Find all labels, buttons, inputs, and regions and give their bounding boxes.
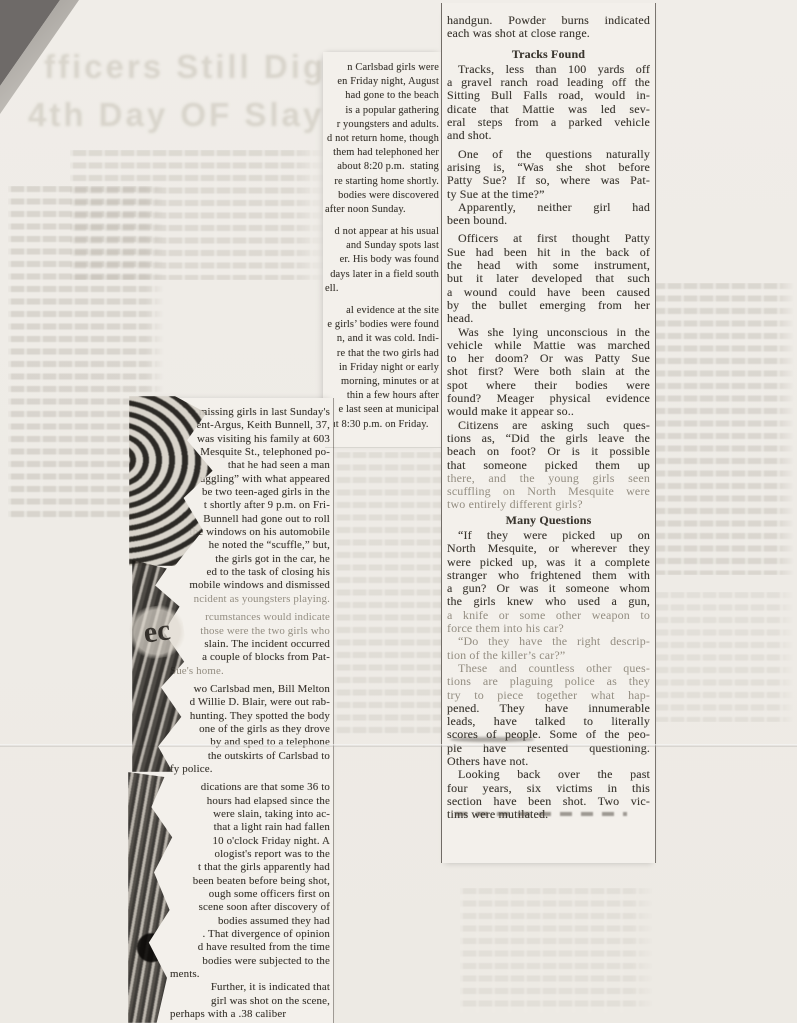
- text-line: by the bullet emerging from her: [447, 299, 650, 312]
- text-line: them had telephoned her: [325, 146, 439, 160]
- paragraph-gap: [447, 41, 650, 46]
- text-line: Sue had been hit in the back of: [447, 246, 650, 259]
- text-line: Others have not.: [447, 755, 650, 768]
- text-line: en Friday night, August: [325, 75, 439, 89]
- ghost-headline-line1: fficers Still Dig: [44, 48, 326, 86]
- middle-column-text: n Carlsbad girls wereen Friday night, Au…: [325, 61, 439, 432]
- text-line: Apparently, neither girl had: [447, 201, 650, 214]
- text-line: bodies assumed they had: [170, 915, 330, 928]
- ghost-headline-line2: 4th Day OF Slayi: [28, 96, 336, 134]
- text-line: that someone picked them up: [447, 459, 650, 472]
- text-line: Citizens are asking such ques-: [447, 419, 650, 432]
- clipping-middle-column: n Carlsbad girls wereen Friday night, Au…: [323, 52, 442, 448]
- text-line: re starting home shortly.: [325, 175, 439, 189]
- text-line: Looking back over the past: [447, 768, 650, 781]
- tear-edge: [325, 447, 441, 448]
- text-line: e last seen at municipal: [325, 403, 439, 417]
- text-line: bodies were discovered: [325, 189, 439, 203]
- text-line: leads, have talked to literally: [447, 715, 650, 728]
- text-line: been bound.: [447, 214, 650, 227]
- text-line: n Carlsbad girls were: [325, 61, 439, 75]
- text-line: Officers at first thought Patty: [447, 232, 650, 245]
- text-line: by and sped to a telephone: [170, 736, 330, 749]
- text-line: t that the girls apparently had: [170, 861, 330, 874]
- left-column-text: missing girls in last Sunday'sent-Argus,…: [170, 406, 330, 1021]
- text-line: a gun? Or was it someone whom: [447, 582, 650, 595]
- text-line: section have been shot. Two vic-: [447, 795, 650, 808]
- text-line: a knife or some other weapon to: [447, 609, 650, 622]
- paragraph-gap: [325, 296, 439, 304]
- text-line: al evidence at the site: [325, 304, 439, 318]
- fold-crease: [0, 744, 797, 747]
- text-line: scuffling on North Mesquite were: [447, 485, 650, 498]
- text-line: Many Questions: [447, 514, 650, 527]
- text-line: fy police.: [170, 763, 330, 776]
- paragraph-gap: [325, 217, 439, 225]
- clipping-right-column: handgun. Powder burns indicatedeach was …: [441, 3, 656, 863]
- text-line: ough some officers first on: [170, 888, 330, 901]
- text-line: e girls’ bodies were found: [325, 318, 439, 332]
- text-line: t shortly after 9 p.m. on Fri-: [170, 499, 330, 512]
- text-line: there, and the young girls seen: [447, 472, 650, 485]
- text-line: “If they were picked up on: [447, 529, 650, 542]
- text-line: beach on foot? Or is it possible: [447, 445, 650, 458]
- text-line: one of the girls as they drove: [170, 723, 330, 736]
- text-line: ncident as youngsters playing.: [170, 593, 330, 606]
- text-line: those were the two girls who: [170, 625, 330, 638]
- text-line: Sue's home.: [170, 665, 330, 678]
- text-line: Was she lying unconscious in the: [447, 326, 650, 339]
- text-line: pened. They have innumerable: [447, 702, 650, 715]
- text-line: out 8:30 p.m. on Friday.: [325, 418, 439, 432]
- text-line: n, and it was cold. Indi-: [325, 332, 439, 346]
- text-line: arising is, “Was she shot before: [447, 161, 650, 174]
- text-line: d not return home, though: [325, 132, 439, 146]
- text-line: thin a few hours after: [325, 389, 439, 403]
- text-line: were picked up, was it a complete: [447, 556, 650, 569]
- text-line: d Willie D. Blair, were out rab-: [170, 696, 330, 709]
- text-line: Sitting Bull Falls road, would in-: [447, 89, 650, 102]
- text-line: force them into his car?: [447, 622, 650, 635]
- text-line: bodies were subjected to the: [170, 955, 330, 968]
- text-line: Patty Sue? If so, where was Pat-: [447, 174, 650, 187]
- text-line: that a light rain had fallen: [170, 821, 330, 834]
- text-line: Further, it is indicated that: [170, 981, 330, 994]
- text-line: hours had elapsed since the: [170, 795, 330, 808]
- text-line: the girls knew who used a gun,: [447, 595, 650, 608]
- text-line: spot where their bodies were: [447, 379, 650, 392]
- text-line: stranger who frightened them with: [447, 569, 650, 582]
- text-line: two entirely different girls?: [447, 498, 650, 511]
- text-line: North Mesquite, or wherever they: [447, 542, 650, 555]
- text-line: d not appear at his usual: [325, 225, 439, 239]
- text-line: and Sunday spots last: [325, 239, 439, 253]
- ghost-text-block: [649, 283, 795, 575]
- ghost-text-block: [460, 888, 655, 1013]
- text-line: Tracks, less than 100 yards off: [447, 63, 650, 76]
- text-line: about 8:20 p.m. stating: [325, 160, 439, 174]
- text-line: hunting. They spotted the body: [170, 710, 330, 723]
- text-line: the outskirts of Carlsbad to: [170, 750, 330, 763]
- text-line: wo Carlsbad men, Bill Melton: [170, 683, 330, 696]
- text-line: tions are plaguing police as they: [447, 675, 650, 688]
- text-line: in Friday night or early: [325, 361, 439, 375]
- text-line: eral steps from a parked vehicle: [447, 116, 650, 129]
- text-line: days later in a field south: [325, 268, 439, 282]
- text-line: been beaten before being shot,: [170, 875, 330, 888]
- text-line: the head with some instrument,: [447, 259, 650, 272]
- text-line: a wound could have been caused: [447, 286, 650, 299]
- text-line: One of the questions naturally: [447, 148, 650, 161]
- text-line: dicate that Mattie was led sev-: [447, 103, 650, 116]
- text-line: after noon Sunday.: [325, 203, 439, 217]
- text-line: each was shot at close range.: [447, 27, 650, 40]
- text-line: was visiting his family at 603: [170, 433, 330, 446]
- text-line: a gravel ranch road leading off the: [447, 76, 650, 89]
- text-line: handgun. Powder burns indicated: [447, 14, 650, 27]
- right-column-text: handgun. Powder burns indicatedeach was …: [447, 14, 650, 822]
- text-line: 10 o'clock Friday night. A: [170, 835, 330, 848]
- text-line: ell.: [325, 282, 439, 296]
- text-line: Tracks Found: [447, 48, 650, 61]
- text-line: ologist's report was to the: [170, 848, 330, 861]
- text-line: ed to the task of closing his: [170, 566, 330, 579]
- text-line: head.: [447, 312, 650, 325]
- text-line: . That divergence of opinion: [170, 928, 330, 941]
- text-line: morning, minutes or at: [325, 375, 439, 389]
- text-line: mobile windows and dismissed: [170, 579, 330, 592]
- ink-smear: [455, 812, 627, 816]
- text-line: tion of the killer’s car?”: [447, 649, 650, 662]
- text-line: but it later developed that such: [447, 272, 650, 285]
- text-line: and shot.: [447, 129, 650, 142]
- text-line: to her doom? Or was Patty Sue: [447, 352, 650, 365]
- text-line: These and countless other ques-: [447, 662, 650, 675]
- text-line: four years, six victims in this: [447, 782, 650, 795]
- text-line: dications are that some 36 to: [170, 781, 330, 794]
- ghost-text-block: [652, 592, 794, 722]
- text-line: a couple of blocks from Pat-: [170, 651, 330, 664]
- text-line: shot first? Were both slain at the: [447, 365, 650, 378]
- text-line: girl was shot on the scene,: [170, 995, 330, 1008]
- text-line: ments.: [170, 968, 330, 981]
- text-line: d have resulted from the time: [170, 941, 330, 954]
- text-line: the girls got in the car, he: [170, 553, 330, 566]
- text-line: is a popular gathering: [325, 104, 439, 118]
- text-line: re that the two girls had: [325, 347, 439, 361]
- text-line: rcumstances would indicate: [170, 611, 330, 624]
- text-line: “Do they have the right descrip-: [447, 635, 650, 648]
- text-line: were slain, taking into ac-: [170, 808, 330, 821]
- text-line: r youngsters and adults.: [325, 118, 439, 132]
- text-line: tions as, “Did the girls leave the: [447, 432, 650, 445]
- text-line: slain. The incident occurred: [170, 638, 330, 651]
- text-line: try to piece together what hap-: [447, 689, 650, 702]
- text-line: scene soon after discovery of: [170, 901, 330, 914]
- stamp-fragment: ec: [127, 602, 188, 661]
- text-line: had gone to the beach: [325, 89, 439, 103]
- text-line: would make it appear so..: [447, 405, 650, 418]
- ink-smear: [450, 737, 534, 742]
- text-line: vehicle while Mattie was marched: [447, 339, 650, 352]
- text-line: ty Sue at the time?”: [447, 188, 650, 201]
- text-line: perhaps with a .38 caliber: [170, 1008, 330, 1021]
- text-line: er. His body was found: [325, 253, 439, 267]
- text-line: found? Meager physical evidence: [447, 392, 650, 405]
